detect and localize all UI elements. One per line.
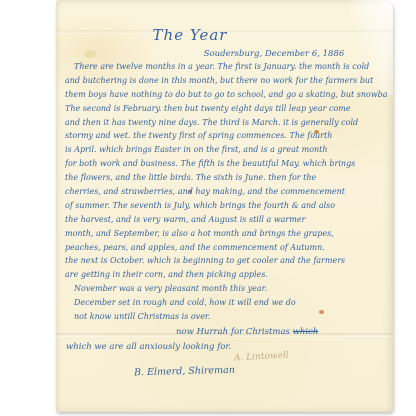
hurrah-line: now Hurrah for Christmas which	[176, 327, 318, 337]
closing-line: which we are all anxiously looking for.	[66, 342, 231, 352]
letter-paper: The Year Soudersburg, December 6, 1886 T…	[56, 0, 393, 412]
handwritten-line: the next is October. which is beginning …	[65, 254, 388, 268]
signature: B. Elmerd, Shireman	[134, 365, 235, 379]
handwritten-line: not know untill Christmas is over.	[65, 310, 388, 324]
handwritten-line: and then it has twenty nine days. The th…	[65, 116, 388, 130]
handwritten-line: There are twelve months in a year. The f…	[65, 60, 388, 74]
handwritten-line: the harvest, and is very warm, and Augus…	[65, 213, 388, 227]
pencil-inscription: A. Lintowell	[234, 351, 289, 364]
handwritten-line: them boys have nothing to do but to go t…	[65, 88, 388, 102]
letter-title: The Year	[120, 26, 260, 44]
handwritten-line: the flowers, and the little birds. The s…	[65, 171, 388, 185]
handwritten-line: peaches, pears, and apples, and the comm…	[65, 241, 388, 255]
handwritten-line: November was a very pleasant month this …	[65, 282, 388, 296]
struck-word: which	[293, 327, 319, 337]
handwritten-line: December set in rough and cold, how it w…	[65, 296, 388, 310]
letter-dateline: Soudersburg, December 6, 1886	[199, 49, 349, 59]
handwritten-line: for both work and business. The fifth is…	[65, 157, 388, 171]
handwritten-line: month, and September, is also a hot mont…	[65, 227, 388, 241]
letter-body: There are twelve months in a year. The f…	[65, 60, 388, 324]
handwritten-line: The second is February. then but twenty …	[65, 102, 388, 116]
handwritten-line: of summer. The seventh is July, which br…	[65, 199, 388, 213]
handwritten-line: and butchering is done in this month, bu…	[65, 74, 388, 88]
handwritten-line: stormy and wet. the twenty first of spri…	[65, 129, 388, 143]
handwritten-line: is April. which brings Easter in on the …	[65, 143, 388, 157]
photo-background: The Year Soudersburg, December 6, 1886 T…	[0, 0, 416, 416]
handwritten-line: are getting in their corn, and then pick…	[65, 268, 388, 282]
handwritten-line: cherries, and strawberries, and hay maki…	[65, 185, 388, 199]
paper-stain	[84, 50, 96, 58]
hurrah-text: now Hurrah for Christmas	[176, 327, 293, 337]
